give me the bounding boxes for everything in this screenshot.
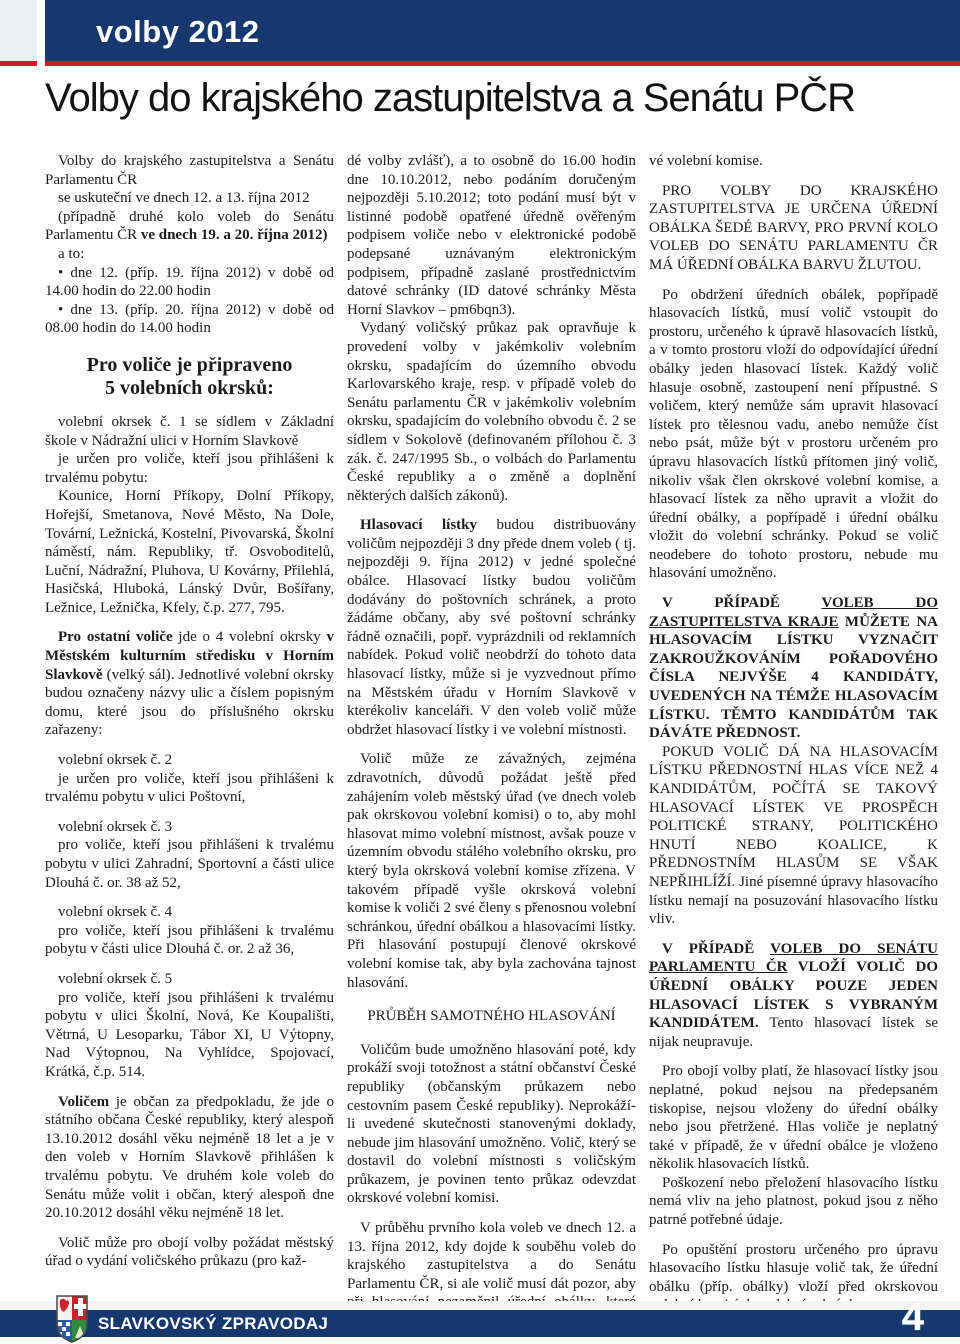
banner-title: volby 2012	[96, 14, 260, 50]
newsletter-title: SLAVKOVSKÝ ZPRAVODAJ	[98, 1310, 328, 1337]
corner-strip	[0, 0, 37, 61]
paragraph: Volič může ze závažných, zejména zdravot…	[347, 750, 636, 992]
paragraph: Vydaný voličský průkaz pak opravňuje k p…	[347, 319, 636, 505]
section-heading: PRŮBĚH SAMOTNÉHO HLASOVÁNÍ	[347, 1007, 636, 1026]
paragraph: volební okrsek č. 3	[45, 818, 334, 837]
paragraph: Pro obojí volby platí, že hlasovací líst…	[649, 1062, 938, 1174]
paragraph: (případně druhé kolo voleb do Senátu Par…	[45, 208, 334, 245]
newsletter-page: { "header": { "banner": "volby 2012", "t…	[0, 0, 960, 1344]
paragraph: Poškození nebo přeložení hlasovacího lís…	[649, 1174, 938, 1230]
paragraph: Voličům bude umožněno hlasování poté, kd…	[347, 1041, 636, 1208]
paragraph: Volič může pro obojí volby požádat městs…	[45, 1234, 334, 1271]
paragraph: • dne 13. (příp. 20. října 2012) v době …	[45, 301, 334, 338]
paragraph: Voličem je občan za předpokladu, že jde …	[45, 1093, 334, 1223]
paragraph: Volby do krajského zastupitelstva a Sená…	[45, 152, 334, 189]
paragraph: vé volební komise.	[649, 152, 938, 171]
paragraph: je určen pro voliče, kteří jsou přihláše…	[45, 450, 334, 487]
paragraph: POKUD VOLIČ DÁ NA HLASOVACÍM LÍSTKU PŘED…	[649, 743, 938, 929]
paragraph: Kounice, Horní Příkopy, Dolní Příkopy, H…	[45, 487, 334, 617]
paragraph: dé volby zvlášť), a to osobně do 16.00 h…	[347, 152, 636, 319]
page-title: Volby do krajského zastupitelstva a Sená…	[45, 76, 945, 121]
article-column-1: Volby do krajského zastupitelstva a Sená…	[45, 152, 334, 1302]
paragraph: volební okrsek č. 2	[45, 751, 334, 770]
article-column-3: vé volební komise.PRO VOLBY DO KRAJSKÉHO…	[649, 152, 938, 1302]
paragraph: a to:	[45, 245, 334, 264]
paragraph: Po obdržení úředních obálek, popřípadě h…	[649, 286, 938, 584]
footer-shade	[0, 1301, 960, 1310]
article-columns: Volby do krajského zastupitelstva a Sená…	[45, 152, 939, 1302]
city-crest-icon	[55, 1294, 89, 1344]
page-number: 4	[902, 1295, 924, 1339]
paragraph: V PŘÍPADĚ VOLEB DO SENÁTU PARLAMENTU ČR …	[649, 940, 938, 1052]
section-heading: Pro voliče je připraveno 5 volebních okr…	[45, 354, 334, 400]
article-column-2: dé volby zvlášť), a to osobně do 16.00 h…	[347, 152, 636, 1302]
paragraph: se uskuteční ve dnech 12. a 13. října 20…	[45, 189, 334, 208]
paragraph: Hlasovací lístky budou distribuovány vol…	[347, 516, 636, 739]
paragraph: Pro ostatní voliče jde o 4 volební okrsk…	[45, 628, 334, 740]
paragraph: pro voliče, kteří jsou přihlášeni k trva…	[45, 989, 334, 1082]
paragraph: volební okrsek č. 5	[45, 970, 334, 989]
paragraph: • dne 12. (příp. 19. října 2012) v době …	[45, 264, 334, 301]
paragraph: V PŘÍPADĚ VOLEB DO ZASTUPITELSTVA KRAJE …	[649, 594, 938, 743]
red-rule-left	[0, 61, 37, 66]
paragraph: Po opuštění prostoru určeného pro úpravu…	[649, 1241, 938, 1302]
paragraph: PRO VOLBY DO KRAJSKÉHO ZASTUPITELSTVA JE…	[649, 182, 938, 275]
paragraph: pro voliče, kteří jsou přihlášeni k trva…	[45, 922, 334, 959]
paragraph: volební okrsek č. 1 se sídlem v Základní…	[45, 413, 334, 450]
paragraph: volební okrsek č. 4	[45, 903, 334, 922]
paragraph: pro voliče, kteří jsou přihlášeni k trva…	[45, 836, 334, 892]
red-rule-right	[45, 61, 960, 66]
paragraph: je určen pro voliče, kteří jsou přihláše…	[45, 770, 334, 807]
paragraph: V průběhu prvního kola voleb ve dnech 12…	[347, 1219, 636, 1302]
